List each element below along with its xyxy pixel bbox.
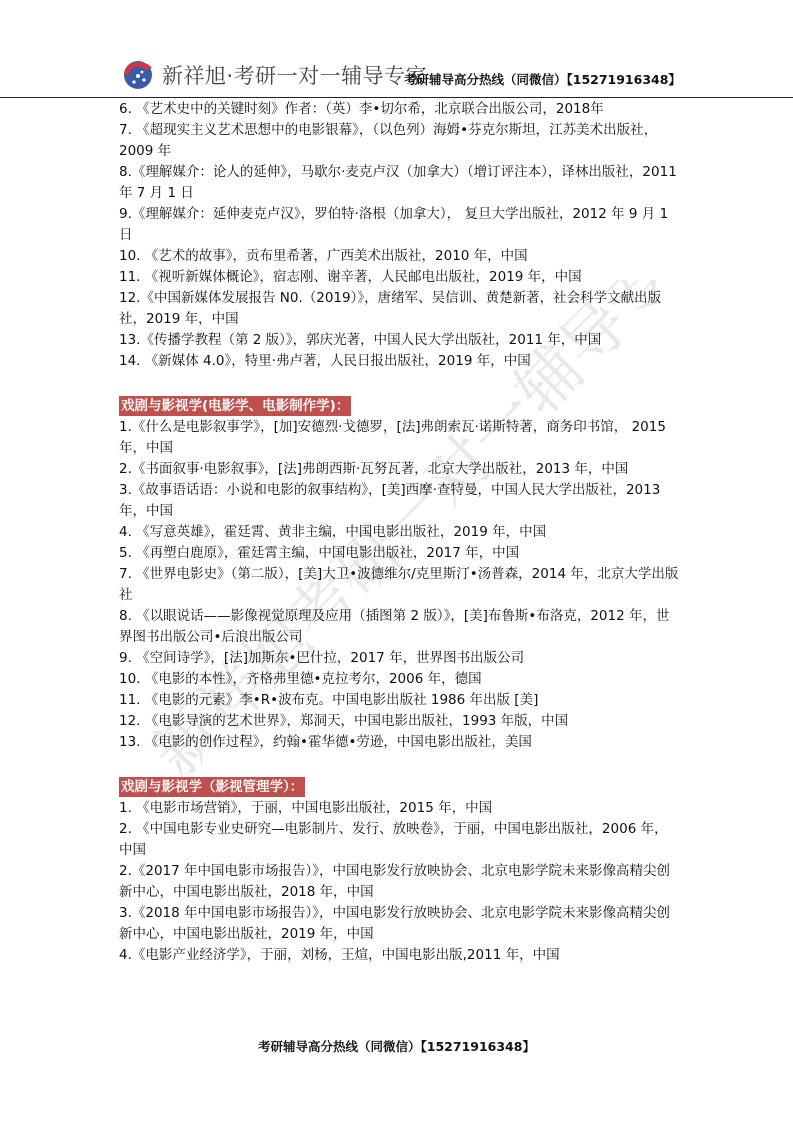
section-heading: 戏剧与影视学（影视管理学）： [119,777,305,797]
list-item: 12. 《电影导演的艺术世界》，郑洞天，中国电影出版社，1993 年版，中国 [119,711,679,732]
list-item: 2.《2017 年中国电影市场报告）》，中国电影发行放映协会、北京电影学院未来影… [119,861,679,903]
list-item: 13.《传播学教程（第 2 版）》，郭庆光著，中国人民大学出版社，2011 年，… [119,330,679,351]
list-item: 12.《中国新媒体发展报告 N0.（2019）》，唐绪军、吴信训、黄楚新著，社会… [119,288,679,330]
list-item: 7. 《超现实主义艺术思想中的电影银幕》，（以色列）海姆•芬克尔斯坦，江苏美术出… [119,120,679,162]
list-item: 5. 《再塑白鹿原》，霍廷霄主编，中国电影出版社，2017 年，中国 [119,543,679,564]
list-item: 8. 《以眼说话——影像视觉原理及应用（插图第 2 版）》，[美]布鲁斯•布洛克… [119,606,679,648]
list-item: 4. 《写意英雄》，霍廷霄、黄非主编，中国电影出版社，2019 年，中国 [119,522,679,543]
list-item: 8.《理解媒介：论人的延伸》，马歇尔·麦克卢汉（加拿大）（增订评注本），译林出版… [119,162,679,204]
list-item: 10. 《电影的本性》，齐格弗里德•克拉考尔，2006 年，德国 [119,669,679,690]
list-item: 4.《电影产业经济学》，于丽，刘杨，王煊，中国电影出版,2011 年，中国 [119,945,679,966]
list-item: 3.《2018 年中国电影市场报告）》，中国电影发行放映协会、北京电影学院未来影… [119,903,679,945]
page-header: 新祥旭·考研一对一辅导专家 考研辅导高分热线（同微信）【15271916348】 [0,0,793,98]
brand-name: 新祥旭·考研一对一辅导专家 [162,60,427,90]
list-item: 13. 《电影的创作过程》，约翰•霍华德•劳逊，中国电影出版社，美国 [119,732,679,753]
intro-list: 6. 《艺术史中的关键时刻》作者：（英）李•切尔希，北京联合出版公司，2018年… [119,99,679,372]
globe-logo-icon [122,58,154,90]
list-item: 3.《故事语话语：小说和电影的叙事结构》，[美]西摩·查特曼，中国人民大学出版社… [119,480,679,522]
list-item: 6. 《艺术史中的关键时刻》作者：（英）李•切尔希，北京联合出版公司，2018年 [119,99,679,120]
section-heading: 戏剧与影视学(电影学、电影制作学)： [119,396,351,416]
section-film-studies: 戏剧与影视学(电影学、电影制作学)： 1.《什么是电影叙事学》，[加]安德烈·戈… [119,393,679,753]
list-item: 10. 《艺术的故事》，贡布里希著，广西美术出版社，2010 年，中国 [119,246,679,267]
list-item: 1. 《电影市场营销》，于丽，中国电影出版社，2015 年，中国 [119,798,679,819]
header-divider [0,97,793,98]
list-item: 2. 《中国电影专业史研究—电影制片、发行、放映卷》，于丽，中国电影出版社，20… [119,819,679,861]
list-item: 14. 《新媒体 4.0》，特里·弗卢著，人民日报出版社，2019 年，中国 [119,351,679,372]
section-film-management: 戏剧与影视学（影视管理学）： 1. 《电影市场营销》，于丽，中国电影出版社，20… [119,774,679,966]
list-item: 11. 《电影的元素》李•R•波布克。中国电影出版社 1986 年出版 [美] [119,690,679,711]
list-item: 2.《书面叙事·电影叙事》，[法]弗朗西斯·瓦努瓦著，北京大学出版社，2013 … [119,459,679,480]
header-hotline: 考研辅导高分热线（同微信）【15271916348】 [404,70,681,88]
document-body: 6. 《艺术史中的关键时刻》作者：（英）李•切尔希，北京联合出版公司，2018年… [119,99,679,966]
list-item: 7. 《世界电影史》（第二版），[美]大卫•波德维尔/克里斯汀•汤普森，2014… [119,564,679,606]
footer-hotline: 考研辅导高分热线（同微信）【15271916348】 [0,1037,793,1055]
list-item: 1.《什么是电影叙事学》，[加]安德烈·戈德罗，[法]弗朗索瓦·诺斯特著，商务印… [119,417,679,459]
list-item: 11. 《视听新媒体概论》，宿志刚、谢辛著，人民邮电出版社，2019 年，中国 [119,267,679,288]
list-item: 9. 《空间诗学》，[法]加斯东•巴什拉，2017 年，世界图书出版公司 [119,648,679,669]
list-item: 9.《理解媒介：延伸麦克卢汉》，罗伯特·洛根（加拿大）， 复旦大学出版社，201… [119,204,679,246]
